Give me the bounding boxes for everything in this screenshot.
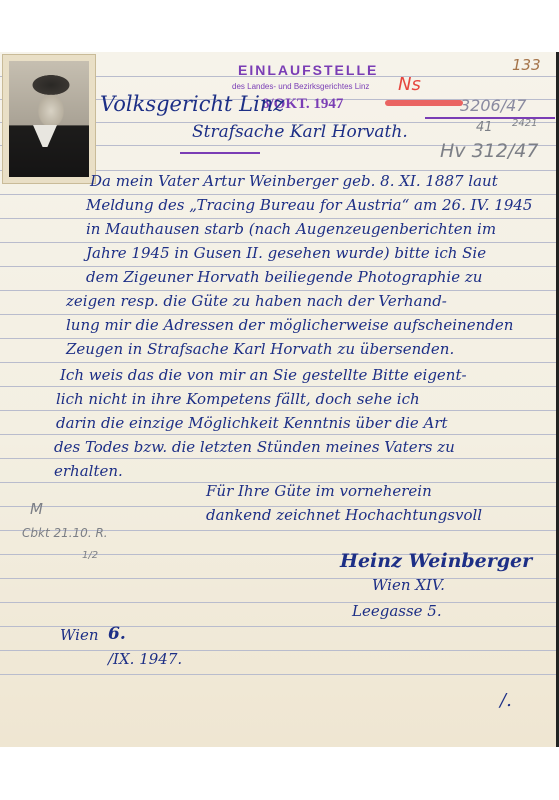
ruled-line	[0, 290, 556, 291]
signature-city: Wien XIV.	[372, 576, 445, 594]
date-month-year: /IX. 1947.	[108, 650, 182, 668]
body-line: Ich weis das die von mir an Sie gestellt…	[60, 366, 467, 384]
ruled-line	[0, 602, 556, 603]
body-line: Jahre 1945 in Gusen II. gesehen wurde) b…	[86, 244, 486, 262]
body-line: Da mein Vater Artur Weinberger geb. 8. X…	[90, 172, 498, 190]
addressee: Volksgericht Linz	[100, 92, 284, 116]
ruled-line	[0, 674, 556, 675]
ruled-line	[0, 650, 556, 651]
body-line: lung mir die Adressen der möglicherweise…	[66, 316, 513, 334]
stamp-title: EINLAUFSTELLE	[238, 62, 378, 78]
case-number: Hv 312/47	[440, 140, 538, 162]
signature-name: Heinz Weinberger	[340, 550, 532, 572]
ruled-line	[0, 410, 556, 411]
body-line: zeigen resp. die Güte zu haben nach der …	[66, 292, 447, 310]
ruled-line	[0, 242, 556, 243]
body-line: Zeugen in Strafsache Karl Horvath zu übe…	[66, 340, 454, 358]
margin-fraction: 1/2	[82, 550, 98, 561]
closing-line: dankend zeichnet Hochachtungsvoll	[206, 506, 482, 524]
signature-street: Leegasse 5.	[352, 602, 442, 620]
stamp-underline	[180, 152, 260, 154]
ruled-line	[0, 218, 556, 219]
ruled-line	[0, 578, 556, 579]
stamp-subtitle: des Landes- und Bezirksgerichtes Linz	[232, 82, 369, 91]
body-line: in Mauthausen starb (nach Augenzeugenber…	[86, 220, 496, 238]
ruled-line	[0, 266, 556, 267]
portrait-image	[9, 61, 89, 177]
body-line: des Todes bzw. die letzten Stünden meine…	[54, 438, 455, 456]
body-line: dem Zigeuner Horvath beiliegende Photogr…	[86, 268, 482, 286]
margin-note: Cbkt 21.10. R.	[22, 526, 108, 540]
red-strike-mark	[385, 100, 463, 106]
footer-mark: /.	[500, 690, 512, 711]
subject-line: Strafsache Karl Horvath.	[192, 122, 408, 142]
margin-mark: M	[30, 500, 43, 518]
date-day: 6.	[108, 624, 126, 644]
file-number: 3206/47	[460, 96, 526, 115]
red-mark: Ns	[398, 74, 421, 95]
closing-line: Für Ihre Güte im vorneherein	[206, 482, 432, 500]
body-line: darin die einzige Möglichkeit Kenntnis ü…	[56, 414, 448, 432]
body-line: Meldung des „Tracing Bureau for Austria“…	[86, 196, 532, 214]
ref-2421: 2421	[512, 118, 537, 129]
body-line: erhalten.	[54, 462, 123, 480]
ref-41: 41	[476, 120, 493, 135]
ruled-line	[0, 314, 556, 315]
ruled-line	[0, 458, 556, 459]
body-line: lich nicht in ihre Kompetens fällt, doch…	[56, 390, 420, 408]
ruled-line	[0, 194, 556, 195]
ruled-line	[0, 434, 556, 435]
ruled-line	[0, 362, 556, 363]
ruled-line	[0, 386, 556, 387]
place: Wien	[60, 626, 99, 644]
page-number: 133	[512, 56, 541, 74]
portrait-photograph	[2, 54, 96, 184]
ruled-line	[0, 338, 556, 339]
